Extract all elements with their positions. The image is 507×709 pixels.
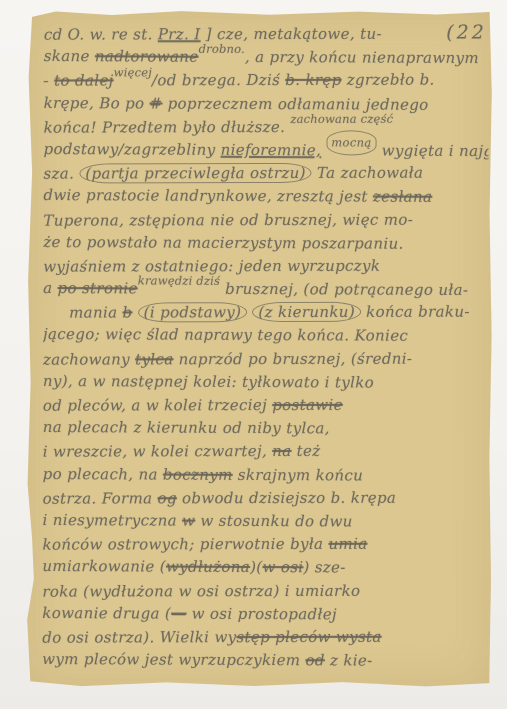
- handwriting-segment: ) sze-: [303, 559, 345, 577]
- manuscript-line: końca! Przedtem było dłuższe. zachowana …: [44, 115, 489, 139]
- handwriting-segment: w osi: [262, 558, 303, 576]
- handwriting-segment: kowanie druga (: [42, 604, 171, 623]
- handwriting-segment: ny), a w następnej kolei: tyłkowato i ty…: [43, 372, 374, 392]
- handwriting-segment: na plecach z kierunku od niby tylca,: [43, 418, 330, 437]
- handwriting-segment: dwie prastocie landrynkowe, zresztą jest: [43, 186, 373, 206]
- handwriting-segment: —: [171, 604, 186, 622]
- manuscript-line: jącego; więc ślad naprawy tego końca. Ko…: [43, 323, 488, 348]
- manuscript-line: dwie prastocie landrynkowe, zresztą jest…: [43, 184, 488, 209]
- handwriting-segment: po plecach, na: [43, 465, 163, 484]
- handwriting-segment: wym pleców jest wyrzupczykiem: [42, 650, 305, 669]
- handwriting-segment: w: [182, 512, 195, 530]
- handwriting-segment: końców ostrowych; pierwotnie była: [42, 535, 328, 554]
- handwriting-segment: Ta zachowała: [312, 164, 423, 182]
- handwriting-segment: Prz. I: [158, 25, 201, 43]
- handwriting-segment: ostrza. Forma: [43, 489, 158, 507]
- handwriting-segment: zesłana: [373, 188, 432, 206]
- handwriting-segment: krawędzi dziś: [138, 269, 220, 293]
- manuscript-line: sza. (partja przeciwległa ostrzu) Ta zac…: [43, 162, 488, 186]
- handwriting-segment: nieforemnie,: [221, 141, 322, 159]
- handwriting-segment: końca! Przedtem było dłuższe.: [44, 118, 291, 137]
- manuscript-line: Tuperona, zstępiona nie od brusznej, wię…: [43, 208, 488, 232]
- handwriting-segment: zgrzebło b.: [342, 71, 435, 89]
- handwriting-segment: w stosunku do dwu: [195, 512, 353, 531]
- handwriting-segment: to dalej: [54, 72, 114, 90]
- handwriting-segment: więcej: [114, 62, 152, 85]
- handwriting-segment: zachowana część: [290, 107, 393, 130]
- manuscript-line: i niesymetryczna w w stosunku do dwu: [42, 509, 487, 534]
- manuscript-line: po plecach, na bocznym skrajnym końcu: [43, 463, 488, 488]
- handwriting-segment: też: [292, 442, 321, 460]
- handwriting-segment: stęp pleców wysta: [236, 628, 381, 646]
- manuscript-line: ostrza. Forma og obwodu dzisiejszo b. kr…: [43, 486, 488, 510]
- manuscript-line: roka (wydłużona w osi ostrza) i umiarko: [42, 579, 487, 603]
- handwriting-segment: obwodu dzisiejszo b. krępa: [177, 488, 396, 507]
- manuscript-line: zachowany tylca naprzód po brusznej, (śr…: [43, 347, 488, 371]
- handwriting-segment: mania: [69, 304, 122, 322]
- manuscript-line: — to dalejwięcej/od brzega. Dziś b. kręp…: [42, 69, 489, 93]
- handwriting-segment: sza.: [43, 165, 79, 183]
- handwriting-segment: og: [158, 489, 177, 507]
- manuscript-line: od pleców, a w kolei trzeciej postawie: [43, 393, 488, 417]
- handwriting-segment: , a przy końcu nienaprawnym: [245, 48, 479, 67]
- manuscript-line: na plecach z kierunku od niby tylca,: [43, 416, 488, 441]
- handwriting-segment: postawie: [272, 396, 343, 414]
- handwriting-segment: cd O. w. re st.: [44, 25, 158, 43]
- handwriting-segment: na: [42, 279, 57, 297]
- handwriting-segment: na: [272, 442, 291, 460]
- handwriting-segment: naprzód po brusznej, (średni-: [173, 349, 412, 368]
- handwriting-segment: zachowany: [43, 350, 135, 368]
- handwriting-segment: jącego; więc ślad naprawy tego końca. Ko…: [43, 325, 408, 345]
- manuscript-paper: (22 cd O. w. re st. Prz. I ] cze, metaką…: [26, 9, 493, 688]
- handwriting-segment: b: [123, 304, 133, 322]
- handwriting-segment: [132, 304, 137, 322]
- handwriting-segment: i wreszcie, w kolei czwartej,: [43, 442, 273, 461]
- handwriting-segment: od pleców, a w kolei trzeciej: [43, 396, 272, 415]
- handwriting-segment: skrajnym końcu: [233, 465, 364, 484]
- manuscript-line: wym pleców jest wyrzupczykiem od z kie-: [42, 648, 487, 673]
- manuscript-line: cd O. w. re st. Prz. I ] cze, metakątowe…: [44, 22, 489, 46]
- handwriting-segment: #: [150, 94, 163, 112]
- manuscript-line: że to powstało na macierzystym poszarpan…: [43, 231, 488, 256]
- manuscript-line: krępe, Bo po # poprzecznem odłamaniu jed…: [44, 92, 489, 117]
- handwriting-segment: krępe, Bo po: [44, 94, 150, 112]
- handwriting-segment: od: [305, 651, 324, 669]
- manuscript-line: do osi ostrza). Wielki występ pleców wys…: [42, 625, 487, 649]
- handwriting-segment: umiarkowanie (: [42, 557, 166, 576]
- handwriting-segment: mocną: [326, 130, 376, 155]
- handwriting-segment: wydłużona: [166, 558, 250, 576]
- handwriting-segment: brusznej, (od potrącanego uła-: [220, 280, 468, 299]
- handwriting-segment: do osi ostrza). Wielki wy: [42, 628, 236, 647]
- manuscript-line: podstawy/zagrzebliny nieforemnie, mocną …: [43, 138, 488, 163]
- handwriting-segment: /od brzega. Dziś: [152, 71, 285, 89]
- handwriting-segment: (i podstawy): [138, 302, 248, 322]
- handwriting-segment: bocznym: [163, 465, 233, 483]
- handwriting-segment: i niesymetryczna: [43, 511, 183, 530]
- handwriting-segment: podstawy/zagrzebliny: [43, 140, 220, 159]
- handwriting-segment: że to powstało na macierzystym poszarpan…: [43, 233, 403, 253]
- handwriting-segment: po stronie: [58, 279, 138, 297]
- handwriting-segment: w osi prostopadłej: [186, 604, 337, 623]
- manuscript-line: kowanie druga (— w osi prostopadłej: [42, 602, 487, 627]
- handwriting-segment: drobno.: [199, 38, 245, 61]
- handwriting-segment: wygięta i najgrub.: [377, 141, 489, 160]
- handwriting-segment: (z kierunku): [252, 302, 361, 322]
- handwriting-segment: roka (wydłużona w osi ostrza) i umiarko: [42, 581, 360, 600]
- handwriting-segment: Tuperona, zstępiona nie od brusznej, wię…: [43, 210, 413, 229]
- handwriting-segment: umia: [328, 535, 367, 553]
- handwriting-segment: tylca: [135, 350, 173, 368]
- handwriting-segment: skane: [44, 47, 95, 65]
- manuscript-line: wyjaśniem z ostatniego: jeden wyrzupczyk: [43, 254, 488, 278]
- manuscript-line: na po stroniekrawędzi dziś brusznej, (od…: [42, 277, 488, 302]
- handwriting-segment: )(: [250, 558, 262, 576]
- manuscript-line: skane nadtorowanedrobno., a przy końcu n…: [44, 45, 489, 70]
- manuscript-line: ny), a w następnej kolei: tyłkowato i ty…: [43, 370, 488, 395]
- handwriting-segment: z kie-: [325, 651, 373, 669]
- handwriting-segment: (partja przeciwległa ostrzu): [79, 163, 312, 184]
- handwriting-segment: b. kręp: [285, 71, 341, 89]
- manuscript-line: mania b (i podstawy) (z kierunku) końca …: [69, 301, 488, 325]
- handwriting-segment: końca braku-: [361, 303, 470, 321]
- manuscript-line: i wreszcie, w kolei czwartej, na też: [43, 440, 488, 464]
- handwriting-segment: —: [42, 72, 54, 90]
- manuscript-lines: cd O. w. re st. Prz. I ] cze, metakątowe…: [42, 22, 489, 682]
- manuscript-line: umiarkowanie (wydłużona)(w osi) sze-: [42, 555, 487, 580]
- manuscript-line: końców ostrowych; pierwotnie była umia: [42, 533, 487, 557]
